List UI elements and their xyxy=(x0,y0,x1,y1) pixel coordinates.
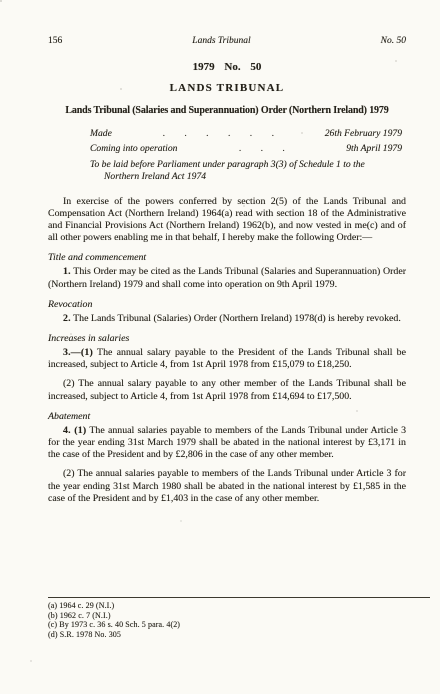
article-3-1: 3.—(1) The annual salary payable to the … xyxy=(48,347,406,371)
footnotes-block: (a) 1964 c. 29 (N.I.) (b) 1962 c. 7 (N.I… xyxy=(48,597,430,639)
article-number: 4. (1) xyxy=(63,425,86,436)
section-abatement: Abatement 4. (1) The annual salaries pay… xyxy=(48,411,406,505)
laid-before-parliament-note: To be laid before Parliament under parag… xyxy=(90,159,402,183)
order-title: Lands Tribunal (Salaries and Superannuat… xyxy=(48,105,406,116)
tribunal-heading: LANDS TRIBUNAL xyxy=(48,82,406,94)
section-heading: Revocation xyxy=(48,299,406,311)
metadata-block: Made . . . . . . 26th February 1979 Comi… xyxy=(90,128,402,183)
article-1: 1. This Order may be cited as the Lands … xyxy=(48,266,406,290)
article-4-2: (2) The annual salaries payable to membe… xyxy=(48,468,406,504)
running-header: 156 Lands Tribunal No. 50 xyxy=(48,36,406,46)
article-number: 2. xyxy=(63,313,71,324)
scan-noise xyxy=(0,0,2,2)
order-body: In exercise of the powers conferred by s… xyxy=(48,196,406,505)
section-heading: Increases in salaries xyxy=(48,333,406,345)
article-number: 1. xyxy=(63,266,71,277)
article-number: 3.—(1) xyxy=(63,347,93,358)
coming-date: 9th April 1979 xyxy=(346,143,402,154)
section-increases-in-salaries: Increases in salaries 3.—(1) The annual … xyxy=(48,333,406,403)
page-content: 156 Lands Tribunal No. 50 1979 No. 50 LA… xyxy=(0,0,440,505)
footnote-a: (a) 1964 c. 29 (N.I.) xyxy=(48,601,430,611)
page-number: 156 xyxy=(48,36,62,46)
made-date: 26th February 1979 xyxy=(325,128,402,139)
made-label: Made xyxy=(90,128,112,139)
document-page: 156 Lands Tribunal No. 50 1979 No. 50 LA… xyxy=(0,0,440,694)
section-title-and-commencement: Title and commencement 1. This Order may… xyxy=(48,252,406,290)
footnote-c: (c) By 1973 c. 36 s. 40 Sch. 5 para. 4(2… xyxy=(48,620,430,630)
article-number: (2) xyxy=(63,378,75,389)
section-heading: Title and commencement xyxy=(48,252,406,264)
made-row: Made . . . . . . 26th February 1979 xyxy=(90,128,402,139)
made-dot-leader: . . . . . . xyxy=(112,128,325,139)
section-revocation: Revocation 2. The Lands Tribunal (Salari… xyxy=(48,299,406,325)
running-title: Lands Tribunal xyxy=(192,36,250,46)
coming-label: Coming into operation xyxy=(90,143,177,154)
article-text: The Lands Tribunal (Salaries) Order (Nor… xyxy=(73,313,401,324)
doc-number: 1979 No. 50 xyxy=(48,61,406,73)
footnote-b: (b) 1962 c. 7 (N.I.) xyxy=(48,611,430,621)
article-text: The annual salaries payable to members o… xyxy=(48,425,406,460)
article-2: 2. The Lands Tribunal (Salaries) Order (… xyxy=(48,313,406,325)
article-text: The annual salaries payable to members o… xyxy=(48,468,406,503)
issue-number: No. 50 xyxy=(381,36,406,46)
section-heading: Abatement xyxy=(48,411,406,423)
coming-into-operation-row: Coming into operation . . . 9th April 19… xyxy=(90,143,402,154)
article-text: The annual salary payable to any other m… xyxy=(48,378,406,401)
article-4-1: 4. (1) The annual salaries payable to me… xyxy=(48,425,406,461)
article-3-2: (2) The annual salary payable to any oth… xyxy=(48,378,406,402)
article-text: The annual salary payable to the Preside… xyxy=(48,347,406,370)
preamble: In exercise of the powers conferred by s… xyxy=(48,196,406,245)
footnote-d: (d) S.R. 1978 No. 305 xyxy=(48,630,430,640)
article-number: (2) xyxy=(63,468,75,479)
coming-dot-leader: . . . xyxy=(177,143,346,154)
article-text: This Order may be cited as the Lands Tri… xyxy=(48,266,406,289)
